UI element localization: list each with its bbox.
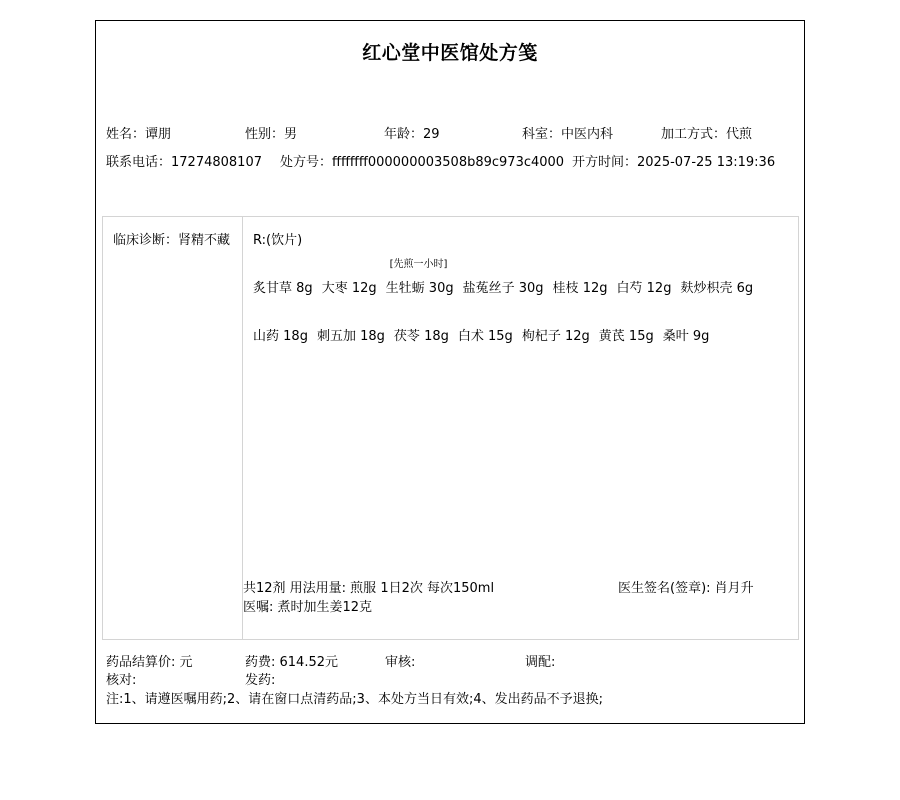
diagnosis-column: 临床诊断：肾精不藏 xyxy=(103,217,243,639)
process-method: 加工方式：代煎 xyxy=(661,123,752,142)
patient-age: 年龄：29 xyxy=(384,123,440,142)
prescribe-time: 开方时间：2025-07-25 13:19:36 xyxy=(572,151,775,170)
review: 审核: xyxy=(385,651,415,670)
diagnosis: 临床诊断：肾精不藏 xyxy=(113,229,230,248)
page-title: 红心堂中医馆处方笺 xyxy=(96,38,804,65)
herb-item: 枸杞子 12g xyxy=(522,325,590,344)
prescription-number: 处方号：ffffffff000000003508b89c973c4000 xyxy=(280,151,564,170)
issue-drug: 发药: xyxy=(245,669,275,688)
herb-line-2: 山药 18g刺五加 18g茯苓 18g白术 15g枸杞子 12g黄芪 15g桑叶… xyxy=(253,325,718,344)
prescription-content: R:(饮片) 炙甘草 8g大枣 12g[先煎一小时]生牡蛎 30g盐菟丝子 30… xyxy=(243,217,798,639)
herb-item: 黄芪 15g xyxy=(599,325,654,344)
rx-label: R:(饮片) xyxy=(253,229,302,248)
department: 科室：中医内科 xyxy=(522,123,613,142)
herb-item: 麸炒枳壳 6g xyxy=(680,277,753,296)
herb-item: 炙甘草 8g xyxy=(253,277,313,296)
footer-note: 注:1、请遵医嘱用药;2、请在窗口点清药品;3、本处方当日有效;4、发出药品不予… xyxy=(106,688,603,707)
herb-item: 桂枝 12g xyxy=(553,277,608,296)
herb-item: 山药 18g xyxy=(253,325,308,344)
phone: 联系电话：17274808107 xyxy=(106,151,262,170)
herb-item: 茯苓 18g xyxy=(394,325,449,344)
dispense: 调配: xyxy=(525,651,555,670)
usage-dosage: 共12剂 用法用量: 煎服 1日2次 每次150ml xyxy=(243,577,494,596)
drug-fee: 药费: 614.52元 xyxy=(245,651,338,670)
herb-item: 桑叶 9g xyxy=(663,325,710,344)
prescription-sheet: 红心堂中医馆处方笺 姓名：谭朋 性别：男 年龄：29 科室：中医内科 加工方式：… xyxy=(95,20,805,724)
herb-item: 大枣 12g xyxy=(322,277,377,296)
herb-line-1: 炙甘草 8g大枣 12g[先煎一小时]生牡蛎 30g盐菟丝子 30g桂枝 12g… xyxy=(253,277,762,296)
doctor-advice: 医嘱: 煮时加生姜12克 xyxy=(243,596,372,615)
prescription-box: 临床诊断：肾精不藏 R:(饮片) 炙甘草 8g大枣 12g[先煎一小时]生牡蛎 … xyxy=(102,216,799,640)
herb-item: [先煎一小时]生牡蛎 30g xyxy=(386,277,454,296)
patient-name: 姓名：谭朋 xyxy=(106,123,171,142)
herb-item: 刺五加 18g xyxy=(317,325,385,344)
doctor-signature: 医生签名(签章): 肖月升 xyxy=(618,577,754,596)
herb-item: 盐菟丝子 30g xyxy=(463,277,544,296)
check: 核对: xyxy=(106,669,136,688)
herb-item: 白术 15g xyxy=(458,325,513,344)
herb-note: [先煎一小时] xyxy=(390,255,448,270)
herb-item: 白芍 12g xyxy=(617,277,672,296)
settle-price: 药品结算价: 元 xyxy=(106,651,193,670)
patient-gender: 性别：男 xyxy=(245,123,297,142)
